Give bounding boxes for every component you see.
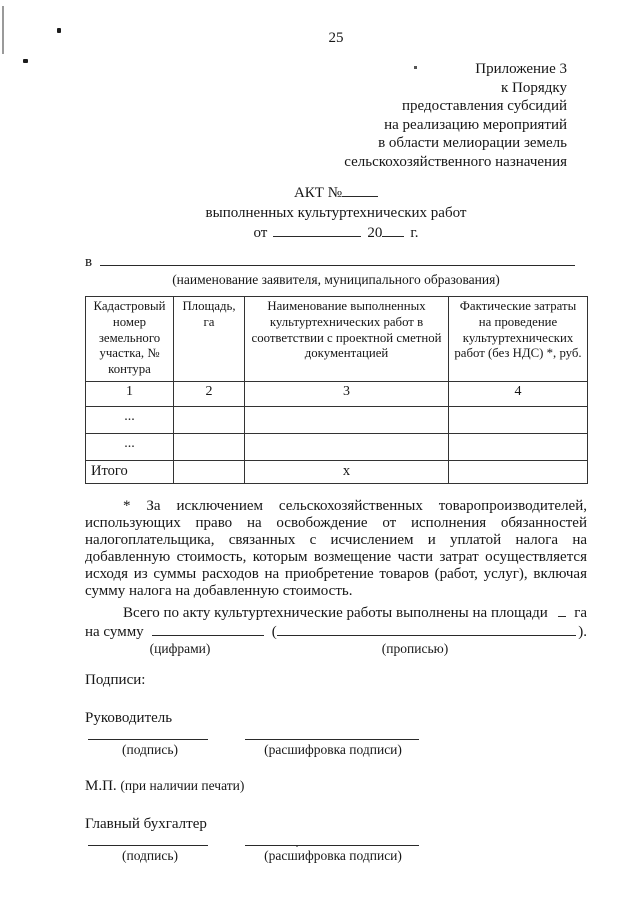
header-area: Площадь, га	[174, 297, 245, 382]
signature-blanks-row	[85, 833, 587, 848]
table-cell	[449, 461, 588, 484]
words-caption: (прописью)	[295, 641, 535, 657]
header-cadastral-number: Кадастровый номер земельного участка, № …	[86, 297, 174, 382]
role-chief-accountant: Главный бухгалтер	[85, 816, 587, 833]
table-cell	[174, 407, 245, 434]
signature-captions-row: (подпись) (расшифровка подписи)	[85, 848, 587, 865]
year-blank	[382, 223, 404, 237]
signature-name-blank	[245, 739, 419, 740]
sum-captions-row: (цифрами) (прописью)	[85, 641, 587, 658]
signature-name-caption: (расшифровка подписи)	[243, 848, 423, 864]
signature-blank	[88, 739, 208, 740]
table-cell	[449, 434, 588, 461]
total-area-line: Всего по акту культуртехнические работы …	[85, 603, 587, 622]
table-row: ...	[86, 407, 588, 434]
close-paren: ).	[578, 624, 587, 641]
signatures-heading: Подписи:	[85, 672, 587, 689]
footnote-text: * За исключением сельскохозяйственных то…	[85, 498, 587, 600]
act-number-line: АКТ №	[85, 183, 587, 203]
year-suffix: г.	[410, 225, 418, 241]
appendix-line: на реализацию мероприятий	[85, 116, 567, 135]
date-blank	[273, 223, 361, 237]
column-number: 1	[86, 382, 174, 407]
from-label: от	[253, 225, 267, 241]
appendix-line: предоставления субсидий	[85, 97, 567, 116]
total-label: Итого	[86, 461, 174, 484]
column-number-row: 1 2 3 4	[86, 382, 588, 407]
act-number-blank	[342, 183, 378, 197]
sum-digits-blank	[152, 622, 264, 636]
table-total-row: Итого х	[86, 461, 588, 484]
page-number: 25	[85, 0, 587, 47]
seal-label: М.П.	[85, 778, 117, 794]
digits-caption: (цифрами)	[115, 641, 245, 657]
scan-artifact-line	[2, 6, 4, 54]
signature-blanks-row	[85, 727, 587, 742]
table-cell	[174, 434, 245, 461]
column-number: 4	[449, 382, 588, 407]
signature-name-blank	[245, 845, 419, 846]
table-cell: ...	[86, 434, 174, 461]
recipient-blank	[100, 252, 575, 266]
area-blank	[558, 603, 566, 617]
appendix-line: сельскохозяйственного назначения	[85, 153, 567, 172]
column-number: 3	[245, 382, 449, 407]
signature-captions-row: (подпись) (расшифровка подписи)	[85, 742, 587, 759]
appendix-line: Приложение 3	[85, 60, 567, 79]
act-label: АКТ №	[294, 185, 342, 201]
total-area-text: Всего по акту культуртехнические работы …	[85, 605, 548, 622]
hectares-label: га	[574, 605, 587, 622]
seal-note: (при наличии печати)	[120, 778, 244, 793]
scan-artifact-speck	[414, 66, 417, 69]
appendix-line: в области мелиорации земель	[85, 134, 567, 153]
table-cell	[174, 461, 245, 484]
signature-name-caption: (расшифровка подписи)	[243, 742, 423, 758]
recipient-prefix: в	[85, 254, 92, 271]
signature-caption: (подпись)	[85, 742, 215, 758]
signature-blank	[88, 845, 208, 846]
act-title-block: АКТ № выполненных культуртехнических раб…	[85, 183, 587, 243]
sum-prefix: на сумму	[85, 624, 144, 641]
table-cell: ...	[86, 407, 174, 434]
table-header-row: Кадастровый номер земельного участка, № …	[86, 297, 588, 382]
scan-artifact-speck	[57, 28, 61, 33]
appendix-block: Приложение 3 к Порядку предоставления су…	[85, 60, 587, 171]
seal-line: М.П. (при наличии печати)	[85, 778, 587, 795]
total-x-mark: х	[245, 461, 449, 484]
role-director: Руководитель	[85, 710, 587, 727]
act-date-line: от20г.	[85, 223, 587, 243]
document-content: 25 Приложение 3 к Порядку предоставления…	[0, 0, 640, 865]
sum-words-blank	[277, 622, 577, 636]
works-table: Кадастровый номер земельного участка, № …	[85, 296, 588, 484]
scan-artifact-speck	[23, 59, 28, 63]
recipient-caption: (наименование заявителя, муниципального …	[85, 272, 587, 288]
scanned-document-page: 25 Приложение 3 к Порядку предоставления…	[0, 0, 640, 905]
header-actual-costs: Фактические затраты на проведение культу…	[449, 297, 588, 382]
header-works-name: Наименование выполненных культуртехничес…	[245, 297, 449, 382]
recipient-line: в	[85, 252, 587, 271]
table-row: ...	[86, 434, 588, 461]
appendix-line: к Порядку	[85, 79, 567, 98]
total-sum-line: на сумму ( ).	[85, 622, 587, 641]
table-cell	[245, 434, 449, 461]
table-cell	[245, 407, 449, 434]
year-prefix: 20	[367, 225, 382, 241]
signature-caption: (подпись)	[85, 848, 215, 864]
table-cell	[449, 407, 588, 434]
act-subtitle: выполненных культуртехнических работ	[85, 203, 587, 223]
column-number: 2	[174, 382, 245, 407]
